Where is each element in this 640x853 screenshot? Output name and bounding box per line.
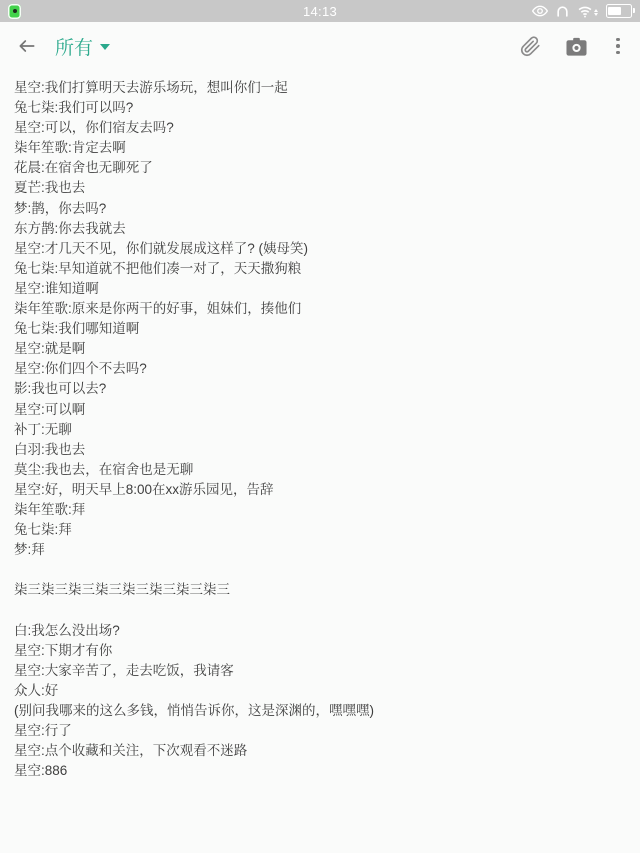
- note-line: 柒年笙歌:原来是你两干的好事，姐妹们，揍他们: [14, 297, 626, 317]
- note-line: 星空:我们打算明天去游乐场玩，想叫你们一起: [14, 76, 626, 96]
- note-line: 星空:才几天不见，你们就发展成这样了? (姨母笑): [14, 237, 626, 257]
- note-line: [14, 558, 626, 578]
- note-line: 星空:可以，你们宿友去吗?: [14, 116, 626, 136]
- note-line: 补丁:无聊: [14, 418, 626, 438]
- note-line: 影:我也可以去?: [14, 377, 626, 397]
- attachment-button[interactable]: [516, 32, 544, 60]
- note-line: 星空:好，明天早上8:00在xx游乐园见，告辞: [14, 478, 626, 498]
- note-line: 白:我怎么没出场?: [14, 619, 626, 639]
- note-line: 莫尘:我也去，在宿舍也是无聊: [14, 458, 626, 478]
- note-line: 星空:886: [14, 759, 626, 779]
- note-line: 兔七柒:拜: [14, 518, 626, 538]
- folder-selector[interactable]: 所有: [55, 33, 110, 60]
- note-line: 梦:鹊，你去吗?: [14, 197, 626, 217]
- toolbar-actions: [516, 32, 640, 60]
- camera-button[interactable]: [562, 32, 590, 60]
- note-line: 星空:谁知道啊: [14, 277, 626, 297]
- camera-icon: [565, 36, 588, 57]
- note-line: 星空:行了: [14, 719, 626, 739]
- note-line: 柒三柒三柒三柒三柒三柒三柒三柒三: [14, 578, 626, 598]
- back-arrow-icon: [17, 36, 37, 56]
- note-line: 兔七柒:我们哪知道啊: [14, 317, 626, 337]
- note-line: 兔七柒:早知道就不把他们凑一对了，天天撒狗粮: [14, 257, 626, 277]
- note-line: 兔七柒:我们可以吗?: [14, 96, 626, 116]
- chevron-down-icon: [100, 44, 110, 50]
- attachment-icon: [520, 36, 541, 57]
- note-line: [14, 598, 626, 618]
- more-menu-icon: [616, 38, 620, 55]
- note-line: 柒年笙歌:拜: [14, 498, 626, 518]
- status-time: 14:13: [0, 4, 640, 19]
- note-line: 星空:就是啊: [14, 337, 626, 357]
- battery-icon: [606, 4, 632, 18]
- note-line: 星空:可以啊: [14, 398, 626, 418]
- status-bar: 14:13: [0, 0, 640, 22]
- note-line: (别问我哪来的这么多钱，悄悄告诉你，这是深渊的，嘿嘿嘿): [14, 699, 626, 719]
- toolbar: 所有: [0, 22, 640, 70]
- back-button[interactable]: [16, 35, 38, 57]
- note-line: 众人:好: [14, 679, 626, 699]
- note-line: 白羽:我也去: [14, 438, 626, 458]
- note-line: 东方鹊:你去我就去: [14, 217, 626, 237]
- note-line: 星空:点个收藏和关注，下次观看不迷路: [14, 739, 626, 759]
- note-line: 星空:你们四个不去吗?: [14, 357, 626, 377]
- note-line: 花晨:在宿舍也无聊死了: [14, 156, 626, 176]
- more-menu-button[interactable]: [604, 32, 632, 60]
- note-line: 夏芒:我也去: [14, 176, 626, 196]
- note-body[interactable]: 星空:我们打算明天去游乐场玩，想叫你们一起兔七柒:我们可以吗?星空:可以，你们宿…: [0, 70, 640, 779]
- note-line: 星空:大家辛苦了，走去吃饭，我请客: [14, 659, 626, 679]
- note-line: 柒年笙歌:肯定去啊: [14, 136, 626, 156]
- note-line: 星空:下期才有你: [14, 639, 626, 659]
- note-line: 梦:拜: [14, 538, 626, 558]
- folder-title: 所有: [55, 33, 93, 60]
